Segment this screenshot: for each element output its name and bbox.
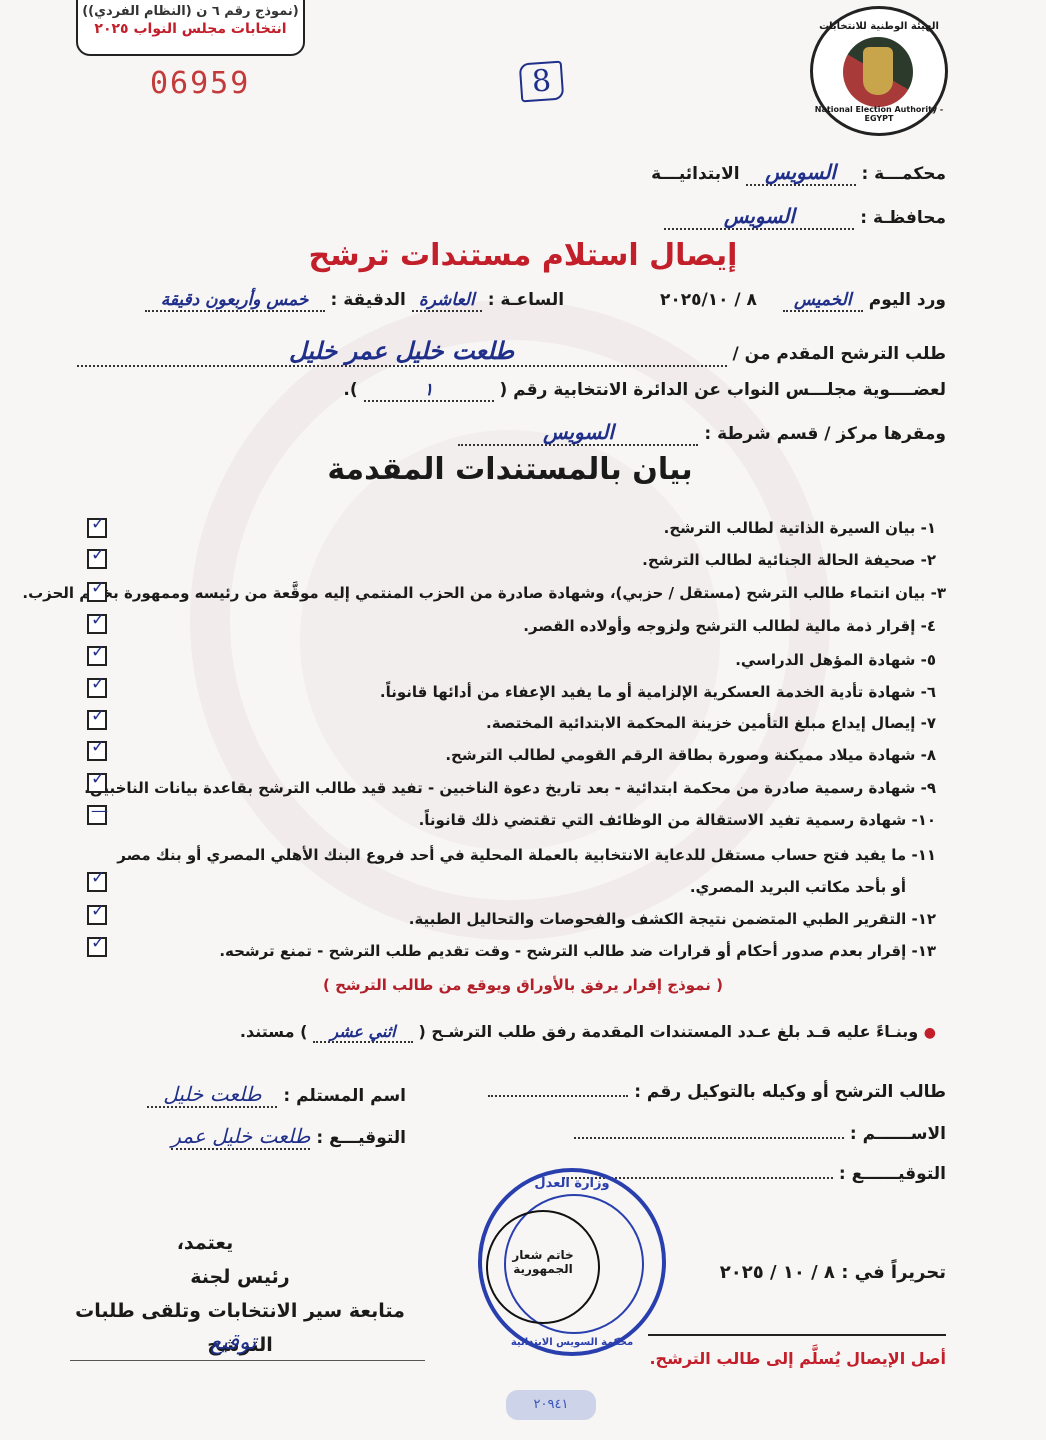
checkbox-doc-7[interactable]: ✓ — [87, 710, 107, 730]
applicant-name-line: الاســــــم : — [574, 1124, 946, 1144]
receiver-signature-label: التوقيـــع : — [316, 1128, 406, 1148]
nea-logo: الهيئة الوطنية للانتخابات National Elect… — [810, 6, 948, 136]
stamp-number: ٢٠٩٤١ — [506, 1390, 596, 1420]
applicant-signature-label: التوقيــــــع : — [839, 1164, 946, 1184]
minute-label: الدقيقة : — [331, 290, 406, 310]
document-item: ١٣- إقرار بعدم صدور أحكام أو قرارات ضد ط… — [219, 942, 936, 960]
document-item: ٢- صحيفة الحالة الجنائية لطالب الترشح. — [642, 551, 936, 569]
checkbox-doc-6[interactable]: ✓ — [87, 678, 107, 698]
receiver-signature-value: طلعت خليل عمر — [171, 1124, 310, 1150]
document-item: ١- بيان السيرة الذاتية لطالب الترشح. — [664, 519, 936, 537]
checkbox-doc-5[interactable]: ✓ — [87, 646, 107, 666]
minute-value: خمس وأربعون دقيقة — [145, 290, 325, 312]
agent-value[interactable] — [488, 1095, 628, 1097]
summary-text: وبنـاءً عليه قـد بلغ عـدد المستندات المق… — [419, 1022, 919, 1041]
day-value: الخميس — [783, 290, 863, 312]
agent-line: طالب الترشح أو وكيله بالتوكيل رقم : — [488, 1082, 946, 1102]
station-label: ومقرها مركز / قسم شرطة : — [704, 424, 946, 444]
election-label: انتخابات مجلس النواب ٢٠٢٥ — [78, 21, 303, 37]
court-value: السويس — [746, 160, 856, 186]
received-line: ورد اليوم الخميس ٨ / ٢٠٢٥/١٠ الساعـة : ا… — [145, 290, 946, 312]
logo-arabic-text: الهيئة الوطنية للانتخابات — [813, 21, 945, 32]
applicant-label: طلب الترشح المقدم من / — [733, 344, 946, 364]
checkbox-doc-2[interactable]: ✓ — [87, 549, 107, 569]
station-line: ومقرها مركز / قسم شرطة : السويس — [458, 420, 946, 446]
applicant-name-value[interactable] — [574, 1137, 844, 1139]
court-label: محكمـــة : — [861, 164, 946, 184]
form-number-box: (نموذج رقم ٦ ن (النظام الفردي)) انتخابات… — [76, 0, 305, 56]
receiver-name-line: اسم المستلم : طلعت خليل — [147, 1082, 406, 1108]
district-label: لعضــــوية مجلـــس النواب عن الدائرة الا… — [499, 380, 946, 400]
court-line: محكمـــة : السويس الابتدائيـــة — [651, 160, 946, 186]
summary-line: ● وبنـاءً عليه قـد بلغ عـدد المستندات ال… — [240, 1022, 936, 1043]
document-item: ٦- شهادة تأدية الخدمة العسكرية الإلزامية… — [380, 683, 936, 701]
bullet-icon: ● — [924, 1025, 936, 1041]
document-title: إيصال استلام مستندات ترشح — [0, 238, 1046, 273]
issued-date: ٨ / ١٠ / ٢٠٢٥ — [720, 1262, 835, 1283]
district-value: ١ — [364, 380, 494, 402]
day-label: ورد اليوم — [869, 290, 946, 310]
footer-divider — [648, 1334, 946, 1336]
district-end: ). — [343, 380, 357, 400]
checkbox-doc-8[interactable]: ✓ — [87, 741, 107, 761]
document-item: ١٢- التقرير الطبي المتضمن نتيجة الكشف وا… — [409, 910, 936, 928]
checkbox-doc-9[interactable]: ✓ — [87, 773, 107, 793]
hour-value: العاشرة — [412, 290, 482, 312]
document-item: ٩- شهادة رسمية صادرة من محكمة ابتدائية -… — [84, 779, 936, 797]
document-count: اثني عشر — [313, 1022, 413, 1043]
station-value: السويس — [458, 420, 698, 446]
footer-note: أصل الإيصال يُسلَّم إلى طالب الترشح. — [649, 1349, 946, 1368]
checkbox-doc-13[interactable]: ✓ — [87, 937, 107, 957]
republic-seal-stamp: خاتم شعار الجمهورية — [486, 1210, 600, 1324]
committee-role-1: رئيس لجنة — [60, 1260, 420, 1294]
checkbox-doc-3[interactable]: ✓ — [87, 582, 107, 602]
eagle-icon — [863, 47, 893, 95]
checkbox-doc-11[interactable]: ✓ — [87, 872, 107, 892]
court-suffix: الابتدائيـــة — [651, 164, 740, 184]
form-number-label: (نموذج رقم ٦ ن (النظام الفردي)) — [78, 4, 303, 19]
summary-end: ) مستند. — [240, 1022, 307, 1041]
logo-english-text: National Election Authority - EGYPT — [813, 105, 945, 123]
checkbox-doc-4[interactable]: ✓ — [87, 614, 107, 634]
approved-label: يعتمد، — [60, 1226, 420, 1260]
document-item-continued: أو بأحد مكاتب البريد المصري. — [690, 878, 906, 896]
serial-number: 06959 — [150, 66, 250, 101]
checkbox-doc-10[interactable]: — — [87, 805, 107, 825]
date-value: ٨ / ٢٠٢٥/١٠ — [660, 290, 757, 310]
page-mark: 8 — [519, 61, 565, 103]
document-item: ١٠- شهادة رسمية تفيد الاستقالة من الوظائ… — [419, 811, 936, 829]
document-item: ٧- إيصال إيداع مبلغ التأمين خزينة المحكم… — [486, 714, 936, 732]
signature-divider — [70, 1360, 425, 1361]
declaration-note: ( نموذج إقرار يرفق بالأوراق ويوقع من طال… — [0, 976, 1046, 994]
hour-label: الساعـة : — [488, 290, 564, 310]
issued-label: تحريراً في : — [841, 1262, 946, 1283]
agent-label: طالب الترشح أو وكيله بالتوكيل رقم : — [634, 1082, 946, 1102]
receiver-name-value: طلعت خليل — [147, 1082, 277, 1108]
governorate-line: محافظـة : السويس — [664, 204, 946, 230]
receiver-name-label: اسم المستلم : — [283, 1086, 406, 1106]
checkbox-doc-12[interactable]: ✓ — [87, 905, 107, 925]
chair-signature: توقيع — [210, 1330, 256, 1355]
document-item: ٨- شهادة ميلاد مميكنة وصورة بطاقة الرقم … — [445, 746, 936, 764]
document-item: ٣- بيان انتماء طالب الترشح (مستقل / حزبي… — [22, 584, 946, 602]
governorate-label: محافظـة : — [860, 208, 946, 228]
documents-title: بيان بالمستندات المقدمة — [0, 452, 1020, 487]
applicant-name-label: الاســــــم : — [850, 1124, 946, 1144]
applicant-line: طلب الترشح المقدم من / طلعت خليل عمر خلي… — [77, 336, 946, 367]
document-item: ١١- ما يفيد فتح حساب مستقل للدعاية الانت… — [117, 846, 936, 864]
issued-line: تحريراً في : ٨ / ١٠ / ٢٠٢٥ — [720, 1262, 946, 1283]
document-item: ٥- شهادة المؤهل الدراسي. — [735, 651, 936, 669]
receiver-signature-line: التوقيـــع : طلعت خليل عمر — [171, 1124, 406, 1150]
document-item: ٤- إقرار ذمة مالية لطالب الترشح ولزوجه و… — [523, 617, 936, 635]
checkbox-doc-1[interactable]: ✓ — [87, 518, 107, 538]
applicant-value: طلعت خليل عمر خليل — [77, 336, 727, 367]
governorate-value: السويس — [664, 204, 854, 230]
district-line: لعضــــوية مجلـــس النواب عن الدائرة الا… — [343, 380, 946, 402]
